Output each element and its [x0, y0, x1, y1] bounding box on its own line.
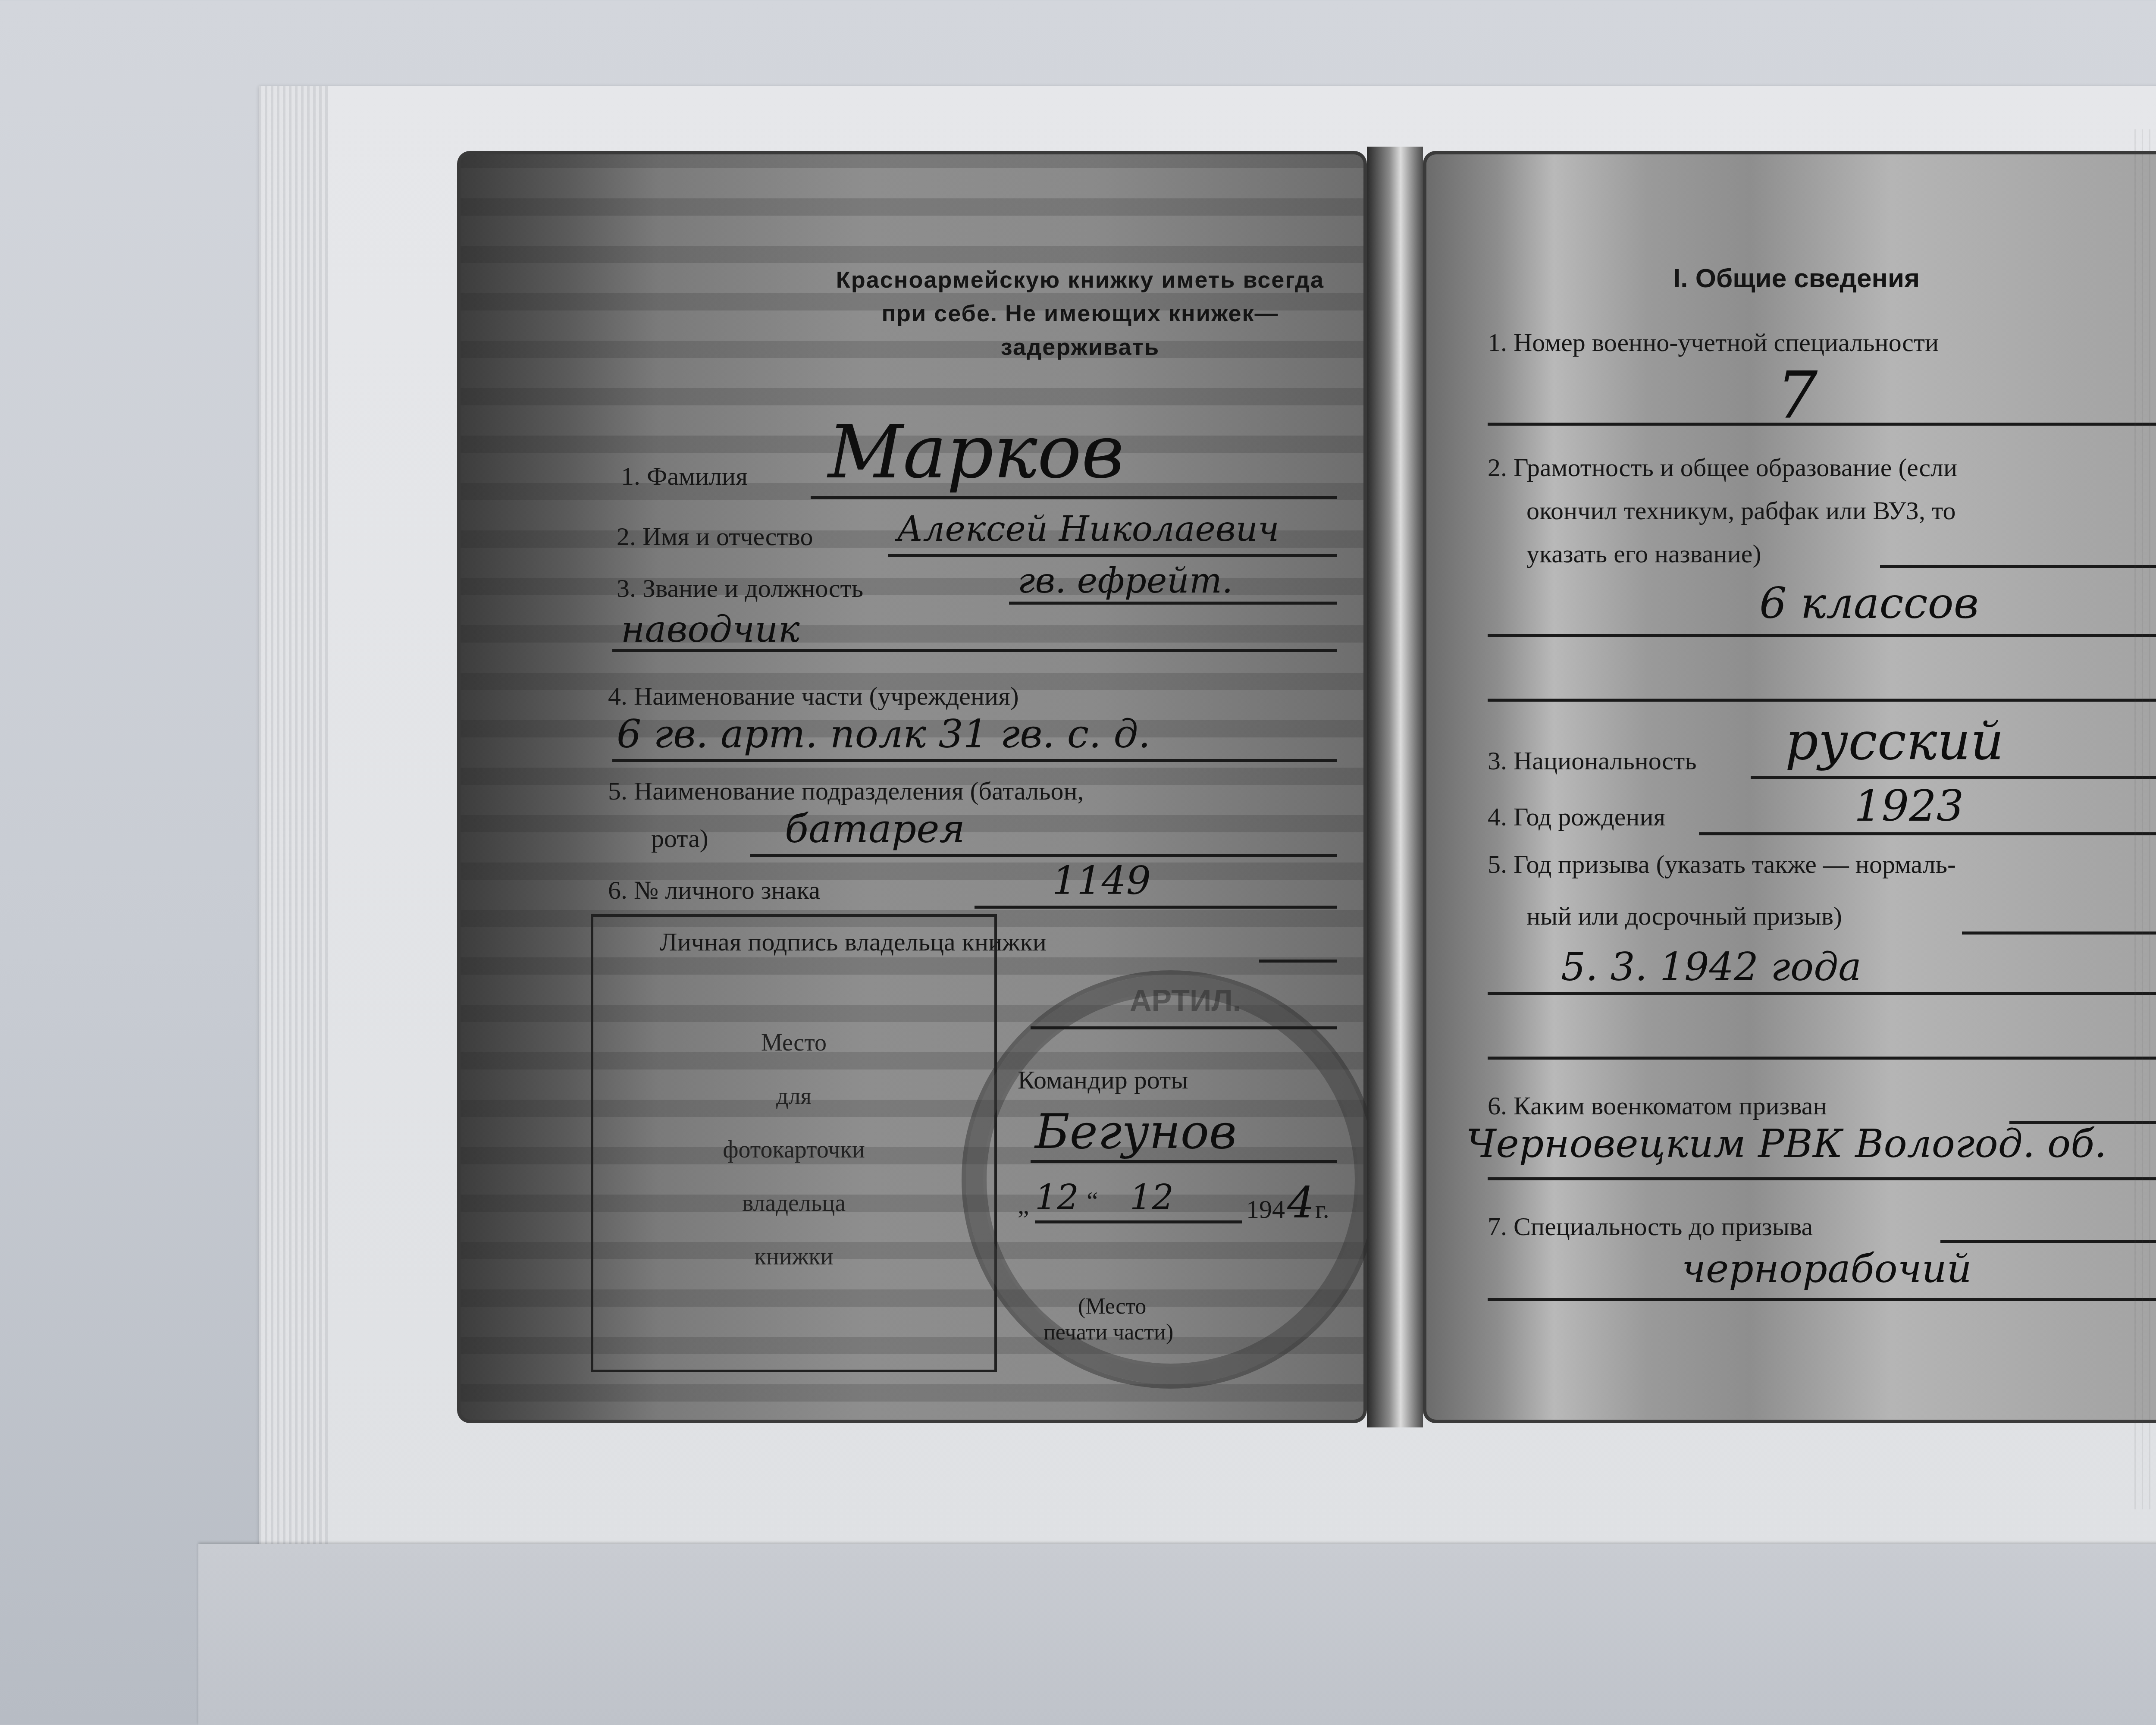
rank-label: 3. Звание и должность	[617, 574, 863, 603]
toner-speckle	[2134, 129, 2156, 1509]
date-day: 12	[1035, 1177, 1079, 1217]
right-page: I. Общие сведения 1. Номер военно-учетно…	[1423, 151, 2156, 1423]
conscription-line2	[1488, 992, 2156, 995]
commander-label: Командир роты	[1018, 1065, 1188, 1095]
nationality-label: 3. Национальность	[1488, 746, 1697, 776]
education-label-line3: указать его название)	[1526, 539, 1761, 569]
specialty-number-label: 1. Номер военно-учетной специальности	[1488, 328, 1939, 358]
enlistment-office-label: 6. Каким военкоматом призван	[1488, 1091, 1827, 1121]
section-title: I. Общие сведения	[1673, 263, 1920, 294]
stamp-place-line1: (Место	[1078, 1294, 1146, 1319]
subdivision-line	[750, 854, 1337, 857]
stamp-place-line2: печати части)	[1044, 1320, 1173, 1345]
date-open-quote: „	[1018, 1190, 1029, 1220]
conscription-value: 5. 3. 1942 года	[1561, 944, 1861, 990]
education-label-line2: окончил техникум, рабфак или ВУЗ, то	[1526, 496, 1956, 526]
notice-text: Красноармейскую книжку иметь всегда при …	[815, 263, 1345, 364]
photocopy-sheet: Красноармейскую книжку иметь всегда при …	[259, 86, 2156, 1574]
birth-year-line	[1699, 832, 2156, 835]
education-line3	[1488, 699, 2156, 702]
education-line1	[1880, 565, 2156, 568]
prior-specialty-line1	[1940, 1240, 2156, 1243]
date-year-suffix: 4	[1287, 1177, 1315, 1228]
left-page: Красноармейскую книжку иметь всегда при …	[457, 151, 1367, 1423]
sheet-edge-strip	[259, 86, 328, 1574]
photo-placeholder-box: Место для фотокарточки владельца книжки	[591, 914, 997, 1372]
unit-label: 4. Наименование части (учреждения)	[608, 681, 1019, 711]
conscription-line3	[1488, 1057, 2156, 1060]
position-value: наводчик	[621, 608, 800, 650]
rank-value: гв. ефрейт.	[1018, 561, 1233, 601]
name-value: Алексей Николаевич	[897, 509, 1279, 549]
surname-line	[811, 496, 1337, 499]
birth-year-label: 4. Год рождения	[1488, 802, 1665, 832]
unit-line	[612, 759, 1337, 762]
badge-line	[975, 906, 1337, 909]
surname-label: 1. Фамилия	[621, 461, 748, 491]
date-month: 12	[1130, 1177, 1174, 1217]
name-label: 2. Имя и отчество	[617, 522, 813, 552]
owner-signature-line	[1259, 960, 1337, 963]
birth-year-value: 1923	[1854, 781, 1964, 831]
conscription-label: 5. Год призыва (указать также — нормаль-	[1488, 850, 1956, 879]
date-close-quote: “	[1087, 1186, 1098, 1216]
unit-value: 6 гв. арт. полк 31 гв. с. д.	[617, 712, 1150, 757]
book-spine	[1367, 147, 1423, 1427]
photo-placeholder-caption: Место для фотокарточки владельца книжки	[593, 1016, 994, 1283]
date-year-unit: г.	[1315, 1195, 1329, 1224]
enlistment-office-line2	[1488, 1177, 2156, 1180]
badge-value: 1149	[1052, 858, 1151, 903]
badge-label: 6. № личного знака	[608, 875, 820, 905]
overlapping-paper-sheet	[198, 1544, 2156, 1725]
name-line	[888, 554, 1337, 557]
education-line2	[1488, 634, 2156, 637]
commander-top-line	[1031, 1026, 1337, 1029]
nationality-value: русский	[1785, 712, 2004, 772]
subdivision-value: батарея	[785, 806, 965, 852]
commander-signature: Бегунов	[1035, 1104, 1237, 1159]
specialty-number-value: 7	[1777, 358, 1818, 433]
conscription-label-line2: ный или досрочный призыв)	[1526, 901, 1842, 931]
stamp-text: АРТИЛ.	[1130, 983, 1241, 1018]
rank-line	[1009, 602, 1337, 605]
subdivision-label-line2: рота)	[651, 824, 708, 853]
prior-specialty-line2	[1488, 1298, 2156, 1301]
date-year-prefix: 194	[1246, 1195, 1285, 1224]
education-value: 6 классов	[1759, 578, 1979, 628]
prior-specialty-value: чернорабочий	[1682, 1246, 1972, 1292]
enlistment-office-value: Черновецким РВК Вологод. об.	[1466, 1121, 2107, 1167]
commander-signature-line	[1031, 1160, 1337, 1163]
conscription-line1	[1962, 931, 2156, 935]
prior-specialty-label: 7. Специальность до призыва	[1488, 1212, 1813, 1242]
education-label: 2. Грамотность и общее образование (если	[1488, 453, 1957, 483]
specialty-number-line	[1488, 423, 2156, 426]
subdivision-label: 5. Наименование подразделения (батальон,	[608, 776, 1084, 806]
surname-value: Марков	[828, 410, 1124, 495]
date-line	[1035, 1220, 1242, 1223]
nationality-line	[1751, 776, 2156, 779]
